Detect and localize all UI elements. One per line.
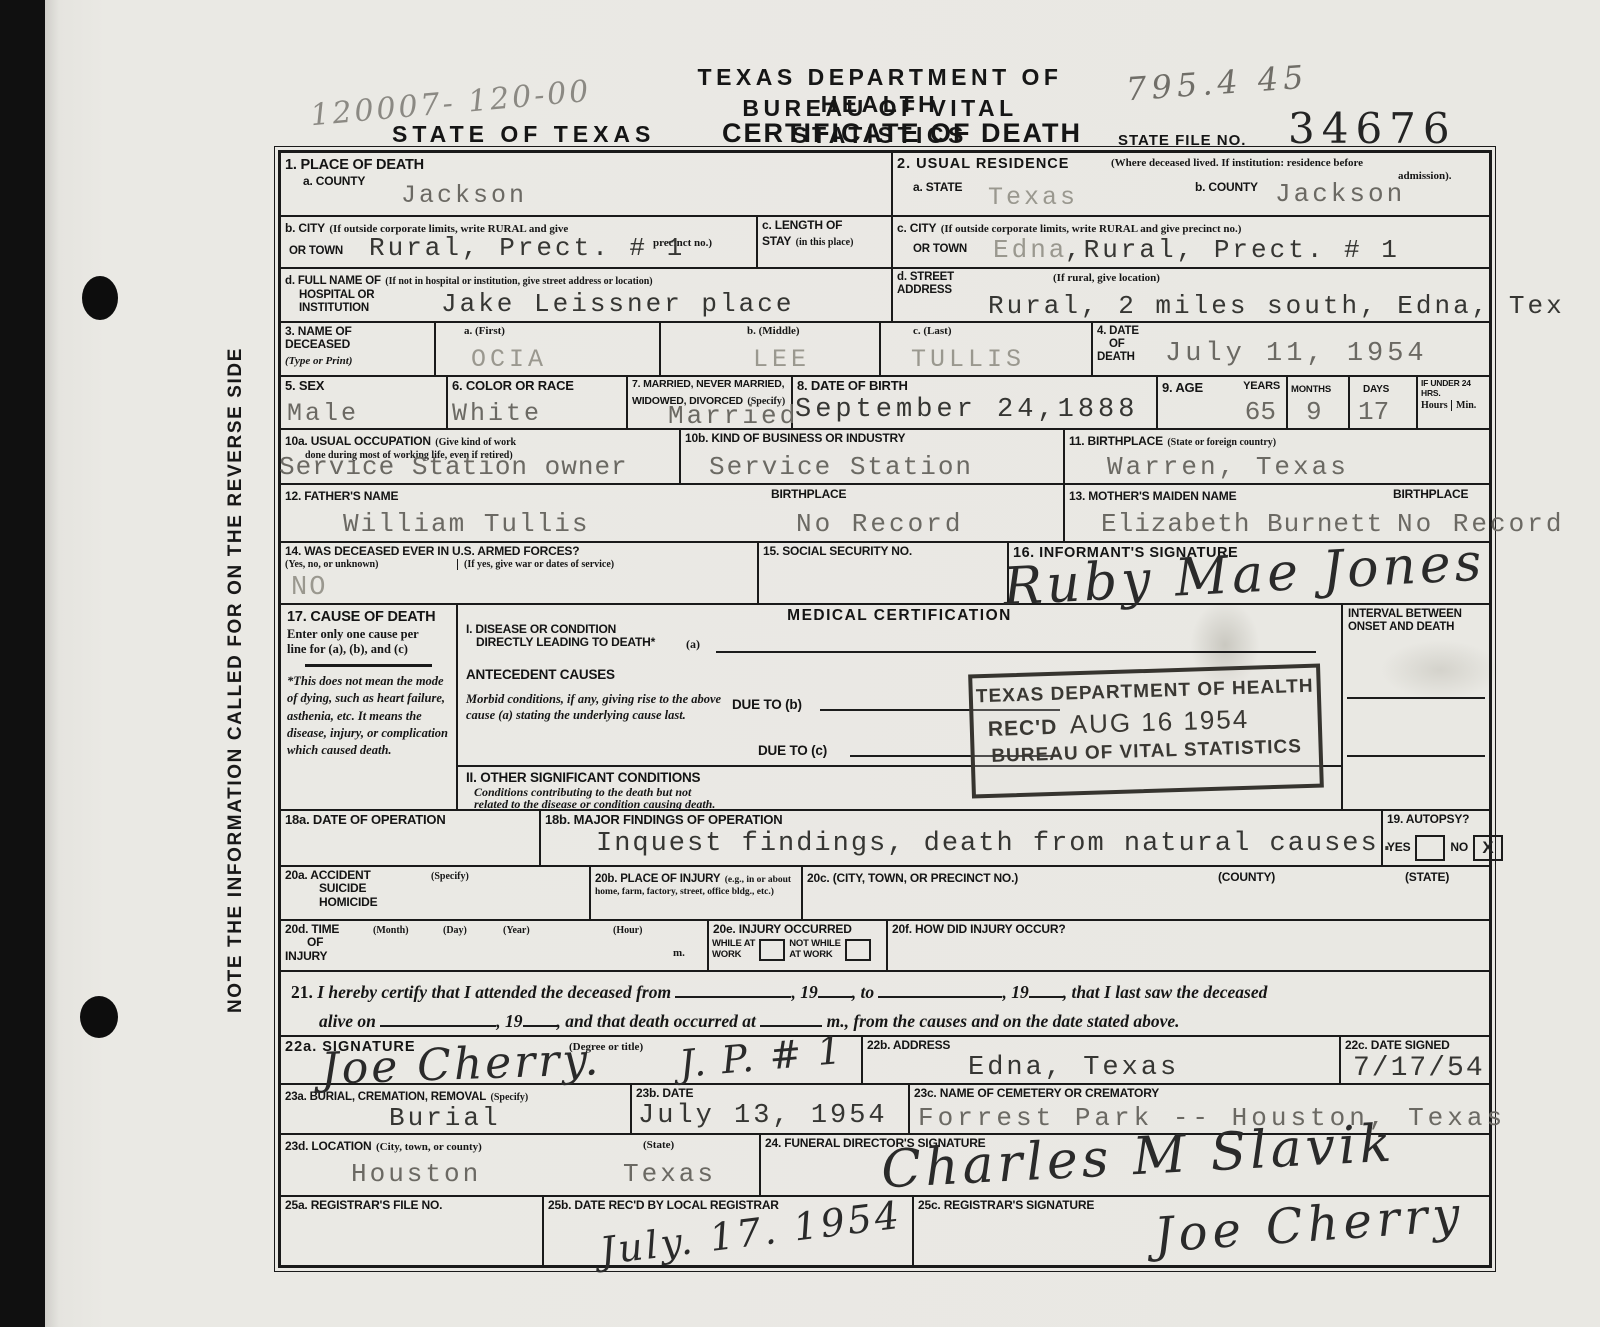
while-at-work-label2: WORK bbox=[712, 950, 755, 961]
marital-value: Married bbox=[668, 401, 798, 431]
first-name-label: a. (First) bbox=[464, 325, 655, 337]
institution-label: d. FULL NAME OF bbox=[285, 275, 381, 287]
section-usual-residence: 2. USUAL RESIDENCE (Where deceased lived… bbox=[893, 153, 1489, 321]
burial-date-cell: 23b. DATE July 13, 1954 bbox=[632, 1085, 910, 1133]
residence-city-hint: (If outside corporate limits, write RURA… bbox=[941, 223, 1242, 235]
date-of-operation-label: 18a. DATE OF OPERATION bbox=[285, 813, 535, 828]
burial-date-value: July 13, 1954 bbox=[638, 1101, 888, 1131]
statement-seg1: I hereby certify that I attended the dec… bbox=[317, 982, 671, 1002]
location-label: 23d. LOCATION bbox=[285, 1139, 372, 1153]
birthplace-value: Warren, Texas bbox=[1107, 452, 1349, 482]
middle-name-value: LEE bbox=[753, 345, 810, 374]
date-of-death-label1: 4. DATE bbox=[1097, 325, 1485, 338]
due-to-b-label: DUE TO (b) bbox=[732, 697, 802, 712]
age-min-label: Min. bbox=[1451, 400, 1486, 411]
mother-birthplace-label: BIRTHPLACE bbox=[1393, 488, 1468, 501]
medical-certification-cell: MEDICAL CERTIFICATION I. DISEASE OR COND… bbox=[458, 605, 1343, 809]
age-years-label: YEARS bbox=[1243, 380, 1280, 392]
accident-label3: HOMICIDE bbox=[319, 896, 585, 909]
physician-degree: J. P. # 1 bbox=[677, 1028, 845, 1086]
while-at-work-checkbox[interactable] bbox=[759, 939, 785, 961]
armed-forces-hint2: (If yes, give war or dates of service) bbox=[457, 559, 614, 570]
date-of-death-value: July 11, 1954 bbox=[1165, 339, 1428, 369]
color-race-value: White bbox=[452, 399, 542, 428]
received-stamp: TEXAS DEPARTMENT OF HEALTH REC'D AUG 16 … bbox=[968, 664, 1324, 799]
statement-seg4: , 19 bbox=[1002, 982, 1028, 1002]
autopsy-no-label: NO bbox=[1450, 841, 1468, 854]
residence-city-label: c. CITY bbox=[897, 221, 936, 235]
cause-a-line bbox=[716, 651, 1316, 653]
occupation-hint1: (Give kind of work bbox=[435, 437, 516, 448]
stamp-recd: REC'D bbox=[988, 716, 1058, 741]
injury-occurred-cell: 20e. INJURY OCCURRED WHILE AT WORK NOT W… bbox=[709, 921, 888, 970]
hour-hint: (Hour) bbox=[613, 925, 642, 936]
date-signed-label: 22c. DATE SIGNED bbox=[1345, 1039, 1485, 1052]
date-of-birth-cell: 8. DATE OF BIRTH September 24,1888 bbox=[793, 377, 1158, 428]
scanned-death-certificate-page: { "page": { "side_note": "NOTE THE INFOR… bbox=[0, 0, 1600, 1327]
interval-line2 bbox=[1347, 755, 1485, 757]
accident-hint: (Specify) bbox=[431, 871, 469, 882]
father-cell: 12. FATHER'S NAME BIRTHPLACE William Tul… bbox=[281, 485, 1065, 541]
occupation-label: 10a. USUAL OCCUPATION bbox=[285, 434, 431, 448]
disease-condition-label2: DIRECTLY LEADING TO DEATH* bbox=[476, 636, 655, 649]
physician-signature-cell: 22a. SIGNATURE (Degree or title) Joe Che… bbox=[281, 1037, 863, 1083]
place-of-injury-label: 20b. PLACE OF INJURY bbox=[595, 873, 720, 885]
burial-label: 23a. BURIAL, CREMATION, REMOVAL bbox=[285, 1091, 486, 1103]
cause-note1b: line for (a), (b), and (c) bbox=[287, 642, 450, 657]
place-of-injury-hint2: home, farm, factory, street, office bldg… bbox=[595, 887, 797, 897]
place-of-injury-hint1: (e.g., in or about bbox=[725, 875, 791, 885]
autopsy-yes-checkbox[interactable] bbox=[1415, 835, 1445, 861]
burial-date-label: 23b. DATE bbox=[636, 1087, 904, 1100]
cause-note1a: Enter only one cause per bbox=[287, 627, 450, 642]
injury-state-label: (STATE) bbox=[1405, 871, 1449, 884]
how-did-injury-occur-cell: 20f. HOW DID INJURY OCCUR? bbox=[888, 921, 1489, 970]
divider bbox=[305, 664, 432, 667]
blank-line bbox=[675, 983, 791, 998]
statement-seg8: , and that death occurred at bbox=[557, 1011, 756, 1031]
residence-county-value: Jackson bbox=[1275, 179, 1405, 209]
occupation-value: Service Station owner bbox=[279, 452, 628, 482]
sex-cell: 5. SEX Male bbox=[281, 377, 448, 428]
armed-forces-hint1: (Yes, no, or unknown) bbox=[285, 559, 457, 570]
last-name-value: TULLIS bbox=[911, 345, 1025, 374]
residence-state-label: a. STATE bbox=[913, 181, 962, 194]
armed-forces-label: 14. WAS DECEASED EVER IN U.S. ARMED FORC… bbox=[285, 545, 753, 558]
interval-cell: INTERVAL BETWEEN ONSET AND DEATH bbox=[1343, 605, 1489, 809]
father-birthplace-label: BIRTHPLACE bbox=[771, 488, 846, 501]
other-significant-conditions-label: II. OTHER SIGNIFICANT CONDITIONS bbox=[466, 770, 700, 785]
length-of-stay-hint: (in this place) bbox=[796, 237, 854, 248]
time-of-injury-label2: OF bbox=[307, 936, 703, 949]
marital-label1: 7. MARRIED, NEVER MARRIED, bbox=[632, 379, 787, 391]
time-of-injury-cell: 20d. TIME OF INJURY (Month) (Day) (Year)… bbox=[281, 921, 709, 970]
age-months-value: 9 bbox=[1306, 397, 1322, 427]
statement-seg3: , to bbox=[852, 982, 874, 1002]
document-title: CERTIFICATE OF DEATH bbox=[722, 118, 1082, 149]
registrar-signature: Joe Cherry bbox=[1152, 1186, 1466, 1264]
industry-cell: 10b. KIND OF BUSINESS OR INDUSTRY Servic… bbox=[681, 430, 1065, 483]
state-file-number: 34676 bbox=[1288, 104, 1457, 153]
burial-value: Burial bbox=[389, 1103, 501, 1133]
statement-seg9: m., from the causes and on the date stat… bbox=[827, 1011, 1180, 1031]
date-of-operation-cell: 18a. DATE OF OPERATION bbox=[281, 811, 541, 865]
physician-signature: Joe Cherry. bbox=[320, 1034, 602, 1095]
autopsy-no-checkbox[interactable]: X bbox=[1473, 835, 1503, 861]
father-name-label: 12. FATHER'S NAME bbox=[285, 489, 398, 503]
city-label: b. CITY bbox=[285, 221, 325, 235]
cause-a-label: (a) bbox=[686, 637, 700, 652]
color-race-cell: 6. COLOR OR RACE White bbox=[448, 377, 628, 428]
antecedent-causes-label: ANTECEDENT CAUSES bbox=[466, 667, 615, 682]
not-while-at-work-checkbox[interactable] bbox=[845, 939, 871, 961]
accident-label2: SUICIDE bbox=[319, 882, 585, 895]
institution-hint: (If not in hospital or institution, give… bbox=[385, 276, 652, 287]
informant-cell: 16. INFORMANT'S SIGNATURE Ruby Mae Jones bbox=[1009, 543, 1489, 603]
autopsy-label: 19. AUTOPSY? bbox=[1387, 813, 1485, 826]
m-label: m. bbox=[673, 947, 685, 959]
industry-label: 10b. KIND OF BUSINESS OR INDUSTRY bbox=[685, 432, 1059, 445]
cause-of-death-label: 17. CAUSE OF DEATH bbox=[287, 609, 450, 625]
statement-seg2: , 19 bbox=[791, 982, 817, 1002]
age-years-value: 65 bbox=[1245, 397, 1276, 427]
interval-label2: ONSET AND DEATH bbox=[1348, 621, 1484, 634]
county-label: a. COUNTY bbox=[303, 175, 887, 188]
father-birthplace-value: No Record bbox=[796, 509, 963, 539]
accident-suicide-homicide-cell: 20a. ACCIDENT SUICIDE HOMICIDE (Specify) bbox=[281, 867, 591, 919]
birthplace-hint: (State or foreign country) bbox=[1167, 437, 1276, 448]
age-under24-label: IF UNDER 24 HRS. bbox=[1421, 379, 1486, 398]
residence-county-label: b. COUNTY bbox=[1195, 181, 1258, 194]
first-name-cell: a. (First) OCIA bbox=[436, 323, 661, 375]
hole-punch-bottom bbox=[80, 996, 118, 1038]
age-months-label: MONTHS bbox=[1291, 384, 1331, 395]
month-hint: (Month) bbox=[373, 925, 409, 936]
mother-cell: 13. MOTHER'S MAIDEN NAME BIRTHPLACE Eliz… bbox=[1065, 485, 1489, 541]
burial-hint: (Specify) bbox=[490, 1092, 528, 1103]
autopsy-cell: 19. AUTOPSY? YES NO X bbox=[1383, 811, 1489, 865]
injury-city-label: 20c. (CITY, TOWN, OR PRECINCT NO.) bbox=[807, 871, 1018, 885]
header-state-of-texas: STATE OF TEXAS bbox=[392, 121, 655, 148]
mother-name-label: 13. MOTHER'S MAIDEN NAME bbox=[1069, 489, 1236, 503]
blank-line bbox=[380, 1012, 496, 1027]
residence-state-value: Texas bbox=[988, 183, 1078, 212]
place-of-injury-cell: 20b. PLACE OF INJURY (e.g., in or about … bbox=[591, 867, 803, 919]
date-signed-value: 7/17/54 bbox=[1353, 1053, 1485, 1084]
reverse-side-note: NOTE THE INFORMATION CALLED FOR ON THE R… bbox=[225, 328, 255, 1032]
color-race-label: 6. COLOR OR RACE bbox=[452, 379, 622, 394]
major-findings-cell: 18b. MAJOR FINDINGS OF OPERATION Inquest… bbox=[541, 811, 1383, 865]
interval-label1: INTERVAL BETWEEN bbox=[1348, 608, 1484, 621]
birthplace-cell: 11. BIRTHPLACE (State or foreign country… bbox=[1065, 430, 1489, 483]
occupation-cell: 10a. USUAL OCCUPATION (Give kind of work… bbox=[281, 430, 681, 483]
address-value: Edna, Texas bbox=[968, 1053, 1179, 1083]
due-to-c-label: DUE TO (c) bbox=[758, 743, 827, 758]
physician-address-cell: 22b. ADDRESS Edna, Texas bbox=[863, 1037, 1341, 1083]
injury-location-cell: 20c. (CITY, TOWN, OR PRECINCT NO.) (COUN… bbox=[803, 867, 1489, 919]
age-hours-label: Hours bbox=[1421, 400, 1451, 411]
street-address-hint: (If rural, give location) bbox=[1053, 272, 1160, 284]
not-while-at-work-label2: AT WORK bbox=[789, 950, 841, 961]
certificate-form: 1. PLACE OF DEATH a. COUNTY Jackson b. C… bbox=[278, 150, 1492, 1268]
burial-location-cell: 23d. LOCATION (City, town, or county) (S… bbox=[281, 1135, 761, 1195]
section-place-of-death: 1. PLACE OF DEATH a. COUNTY Jackson b. C… bbox=[281, 153, 893, 321]
institution-value: Jake Leissner place bbox=[441, 289, 794, 319]
ssn-label: 15. SOCIAL SECURITY NO. bbox=[763, 545, 1003, 558]
street-address-value: Rural, 2 miles south, Edna, Tex bbox=[988, 291, 1565, 321]
armed-forces-cell: 14. WAS DECEASED EVER IN U.S. ARMED FORC… bbox=[281, 543, 759, 603]
mother-name-value: Elizabeth Burnett bbox=[1101, 509, 1383, 539]
age-days-label: DAYS bbox=[1363, 384, 1389, 395]
middle-name-cell: b. (Middle) LEE bbox=[661, 323, 881, 375]
sex-value: Male bbox=[287, 399, 359, 428]
statement-seg5: , that I last saw the deceased bbox=[1063, 982, 1268, 1002]
location-city-value: Houston bbox=[351, 1159, 481, 1189]
sex-label: 5. SEX bbox=[285, 379, 442, 394]
stamp-date: AUG 16 1954 bbox=[1069, 704, 1249, 740]
length-of-stay-label: c. LENGTH OF bbox=[762, 219, 887, 232]
street-address-label: d. STREET bbox=[897, 271, 1485, 284]
name-title2: DECEASED bbox=[285, 338, 430, 351]
registrar-file-no-label: 25a. REGISTRAR'S FILE NO. bbox=[285, 1199, 538, 1212]
statement-seg6: alive on bbox=[319, 1011, 376, 1031]
age-days-value: 17 bbox=[1358, 397, 1389, 427]
major-findings-value: Inquest findings, death from natural cau… bbox=[596, 829, 1397, 859]
statement-number: 21. bbox=[291, 982, 313, 1002]
name-title3: (Type or Print) bbox=[285, 355, 430, 367]
date-recd-cell: 25b. DATE REC'D BY LOCAL REGISTRAR July.… bbox=[544, 1197, 914, 1265]
year-hint: (Year) bbox=[503, 925, 530, 936]
age-label: 9. AGE bbox=[1162, 380, 1203, 395]
funeral-director-cell: 24. FUNERAL DIRECTOR'S SIGNATURE Charles… bbox=[761, 1135, 1489, 1195]
location-hint: (City, town, or county) bbox=[376, 1141, 482, 1153]
day-hint: (Day) bbox=[443, 925, 467, 936]
blank-line bbox=[760, 1012, 822, 1027]
middle-name-label: b. (Middle) bbox=[747, 325, 875, 337]
residence-city-value-faded: Edna bbox=[993, 235, 1067, 265]
last-name-label: c. (Last) bbox=[913, 325, 1087, 337]
cause-note2: *This does not mean the mode of dying, s… bbox=[287, 673, 450, 759]
armed-forces-value: NO bbox=[291, 573, 327, 603]
residence-city-value: ,Rural, Prect. # 1 bbox=[1065, 235, 1400, 265]
city-value: Rural, Prect. # 1 bbox=[369, 233, 685, 263]
place-of-death-title: 1. PLACE OF DEATH bbox=[285, 155, 887, 173]
registrar-signature-cell: 25c. REGISTRAR'S SIGNATURE Joe Cherry bbox=[914, 1197, 1489, 1265]
first-name-value: OCIA bbox=[471, 345, 547, 374]
date-signed-cell: 22c. DATE SIGNED 7/17/54 bbox=[1341, 1037, 1489, 1083]
blank-line bbox=[818, 983, 852, 998]
name-of-deceased-label-cell: 3. NAME OF DECEASED (Type or Print) bbox=[281, 323, 436, 375]
location-state-value: Texas bbox=[623, 1159, 716, 1189]
usual-residence-title: 2. USUAL RESIDENCE bbox=[897, 156, 1069, 172]
industry-value: Service Station bbox=[709, 452, 973, 482]
ssn-cell: 15. SOCIAL SECURITY NO. bbox=[759, 543, 1009, 603]
cemetery-label: 23c. NAME OF CEMETERY OR CREMATORY bbox=[914, 1087, 1485, 1100]
morbid-conditions-note: Morbid conditions, if any, giving rise t… bbox=[466, 691, 724, 724]
blank-line bbox=[523, 1012, 557, 1027]
usual-residence-hint2: admission). bbox=[1398, 170, 1452, 182]
usual-residence-hint: (Where deceased lived. If institution: r… bbox=[1111, 157, 1363, 169]
address-label: 22b. ADDRESS bbox=[867, 1039, 1335, 1052]
blank-line bbox=[1029, 983, 1063, 998]
last-name-cell: c. (Last) TULLIS bbox=[881, 323, 1093, 375]
certification-statement-cell: 21. I hereby certify that I attended the… bbox=[281, 972, 1489, 1035]
cause-of-death-notes-cell: 17. CAUSE OF DEATH Enter only one cause … bbox=[281, 605, 458, 809]
injury-occurred-label: 20e. INJURY OCCURRED bbox=[713, 923, 882, 936]
age-cell: 9. AGE YEARS 65 MONTHS 9 DAYS 17 IF UNDE… bbox=[1158, 377, 1489, 428]
date-of-birth-label: 8. DATE OF BIRTH bbox=[797, 379, 1152, 394]
hole-punch-top bbox=[82, 276, 118, 320]
time-of-injury-label3: INJURY bbox=[285, 950, 703, 963]
father-name-value: William Tullis bbox=[343, 509, 589, 539]
length-of-stay-label2: STAY bbox=[762, 234, 791, 248]
statement-seg7: , 19 bbox=[496, 1011, 522, 1031]
injury-county-label: (COUNTY) bbox=[1218, 871, 1275, 884]
date-of-death-cell: 4. DATE OF DEATH July 11, 1954 bbox=[1093, 323, 1489, 375]
birthplace-label: 11. BIRTHPLACE bbox=[1069, 434, 1163, 448]
major-findings-label: 18b. MAJOR FINDINGS OF OPERATION bbox=[545, 813, 1377, 828]
state-file-no-label: STATE FILE NO. bbox=[1118, 132, 1246, 149]
name-title1: 3. NAME OF bbox=[285, 325, 430, 338]
county-value: Jackson bbox=[401, 181, 527, 210]
blank-line bbox=[878, 983, 1002, 998]
date-of-birth-value: September 24,1888 bbox=[795, 395, 1138, 425]
interval-line1 bbox=[1347, 697, 1485, 699]
registrar-file-no-cell: 25a. REGISTRAR'S FILE NO. bbox=[281, 1197, 544, 1265]
location-state-hint: (State) bbox=[643, 1139, 674, 1151]
how-did-injury-occur-label: 20f. HOW DID INJURY OCCUR? bbox=[892, 923, 1485, 936]
marital-status-cell: 7. MARRIED, NEVER MARRIED, WIDOWED, DIVO… bbox=[628, 377, 793, 428]
